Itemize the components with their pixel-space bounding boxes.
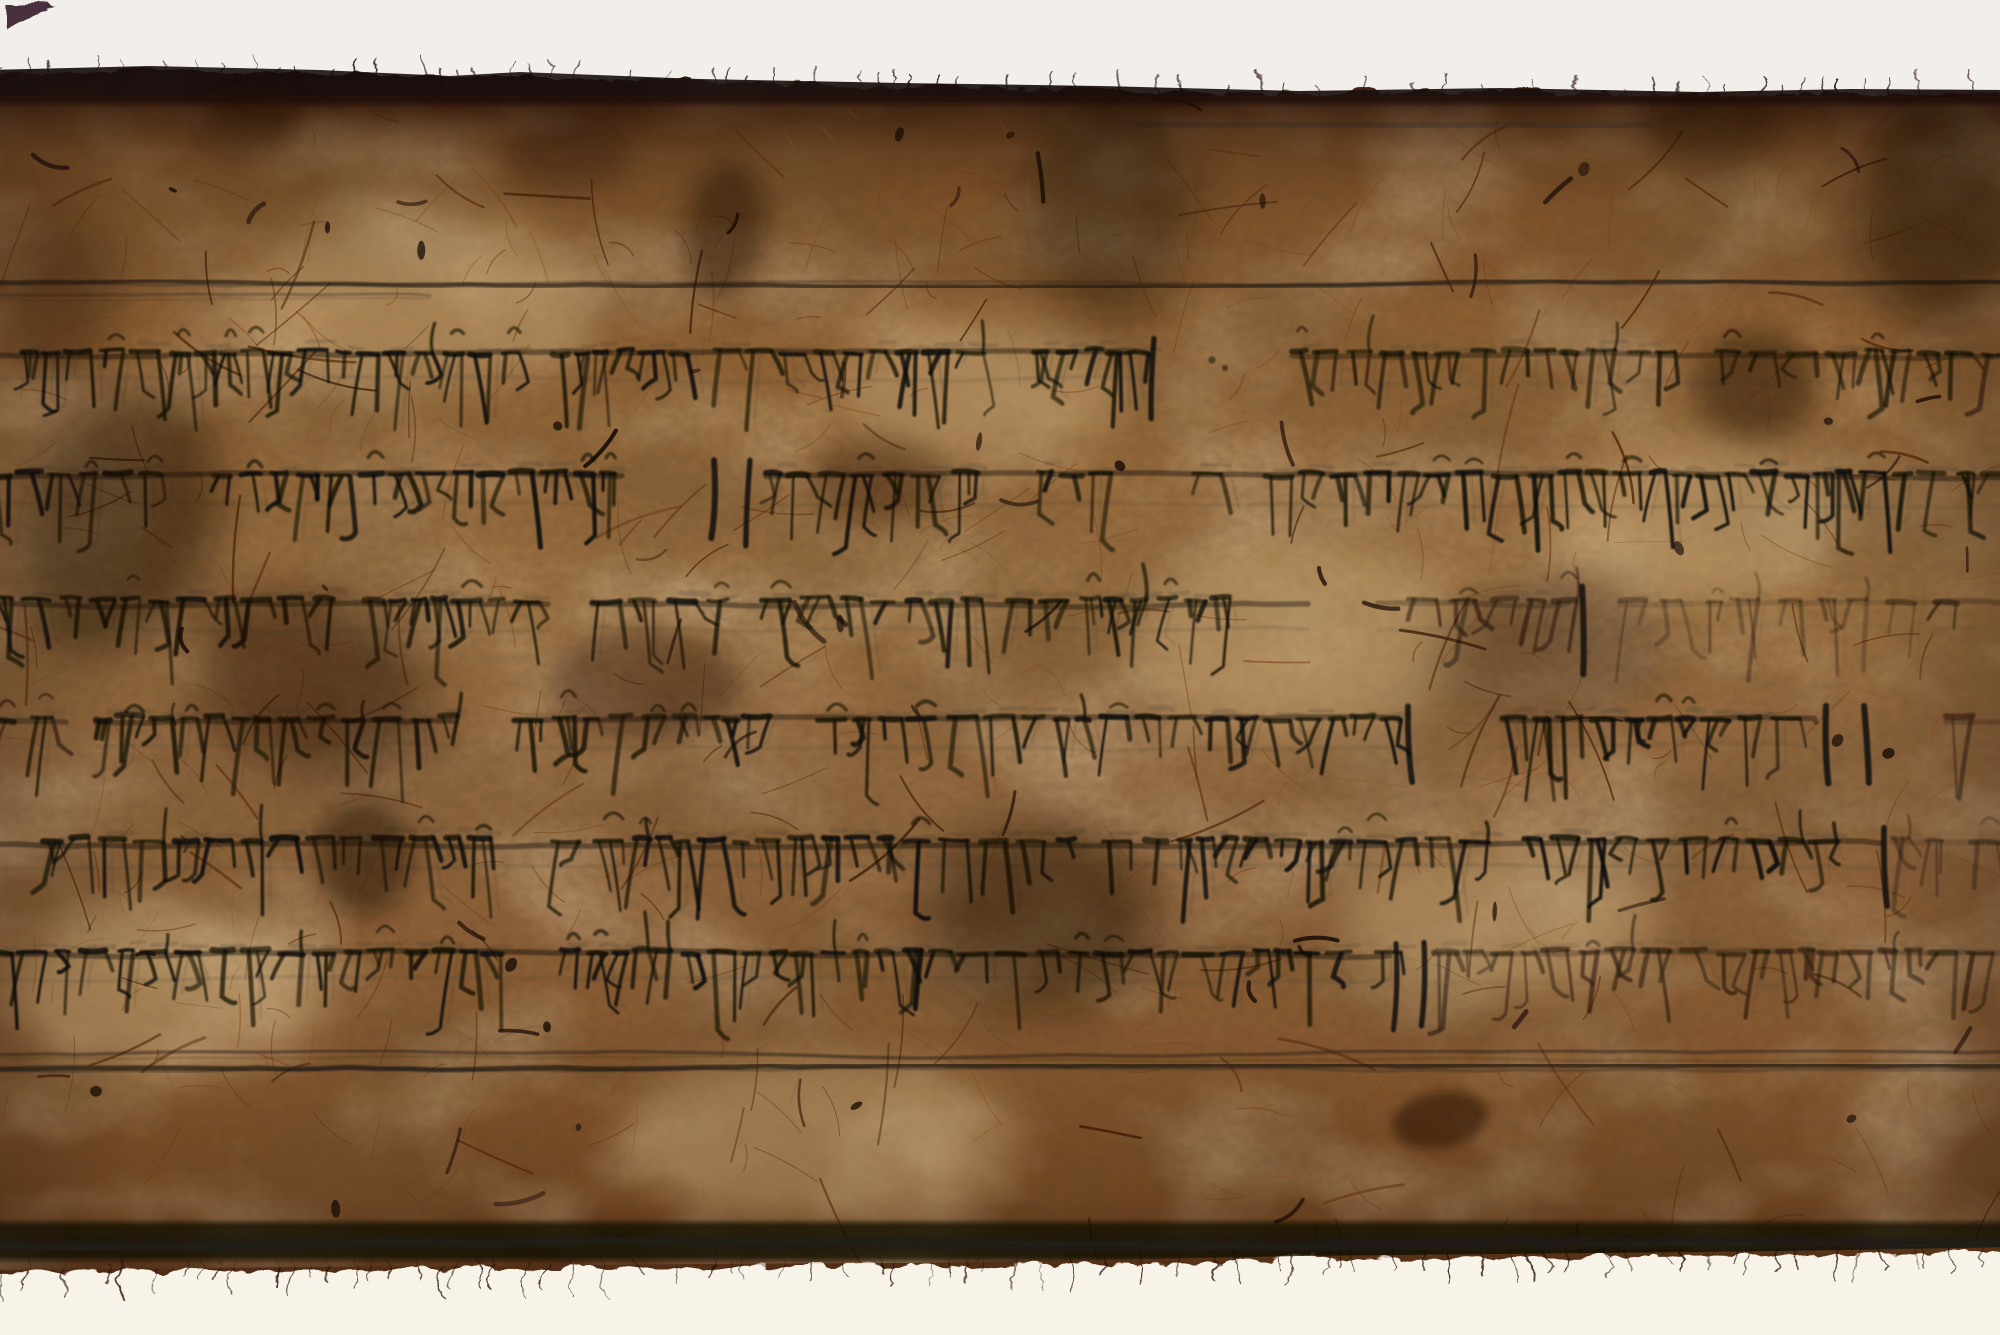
stain [1693,330,1817,440]
paper-surface [0,0,2000,1335]
manuscript-photo [0,0,2000,1335]
light-patch [1130,540,1470,740]
light-patch [620,1055,1020,1225]
stain [5,210,115,390]
screenshot-root [0,0,2000,1335]
stain [550,630,740,740]
manuscript-canvas [0,0,2000,1335]
stain [810,438,950,522]
light-patch [1560,440,1840,600]
stain [925,825,1155,1015]
ruled-guide-line [1140,123,1650,128]
stain [193,85,297,155]
stain [317,800,413,916]
tsheg-dot [1209,357,1216,364]
tsheg-dot [1222,365,1228,371]
light-patch [10,910,330,1070]
light-patch [240,210,600,390]
stain [508,110,632,190]
ink-speck [417,241,425,260]
stain [1425,580,1665,720]
stain [1025,80,1195,320]
